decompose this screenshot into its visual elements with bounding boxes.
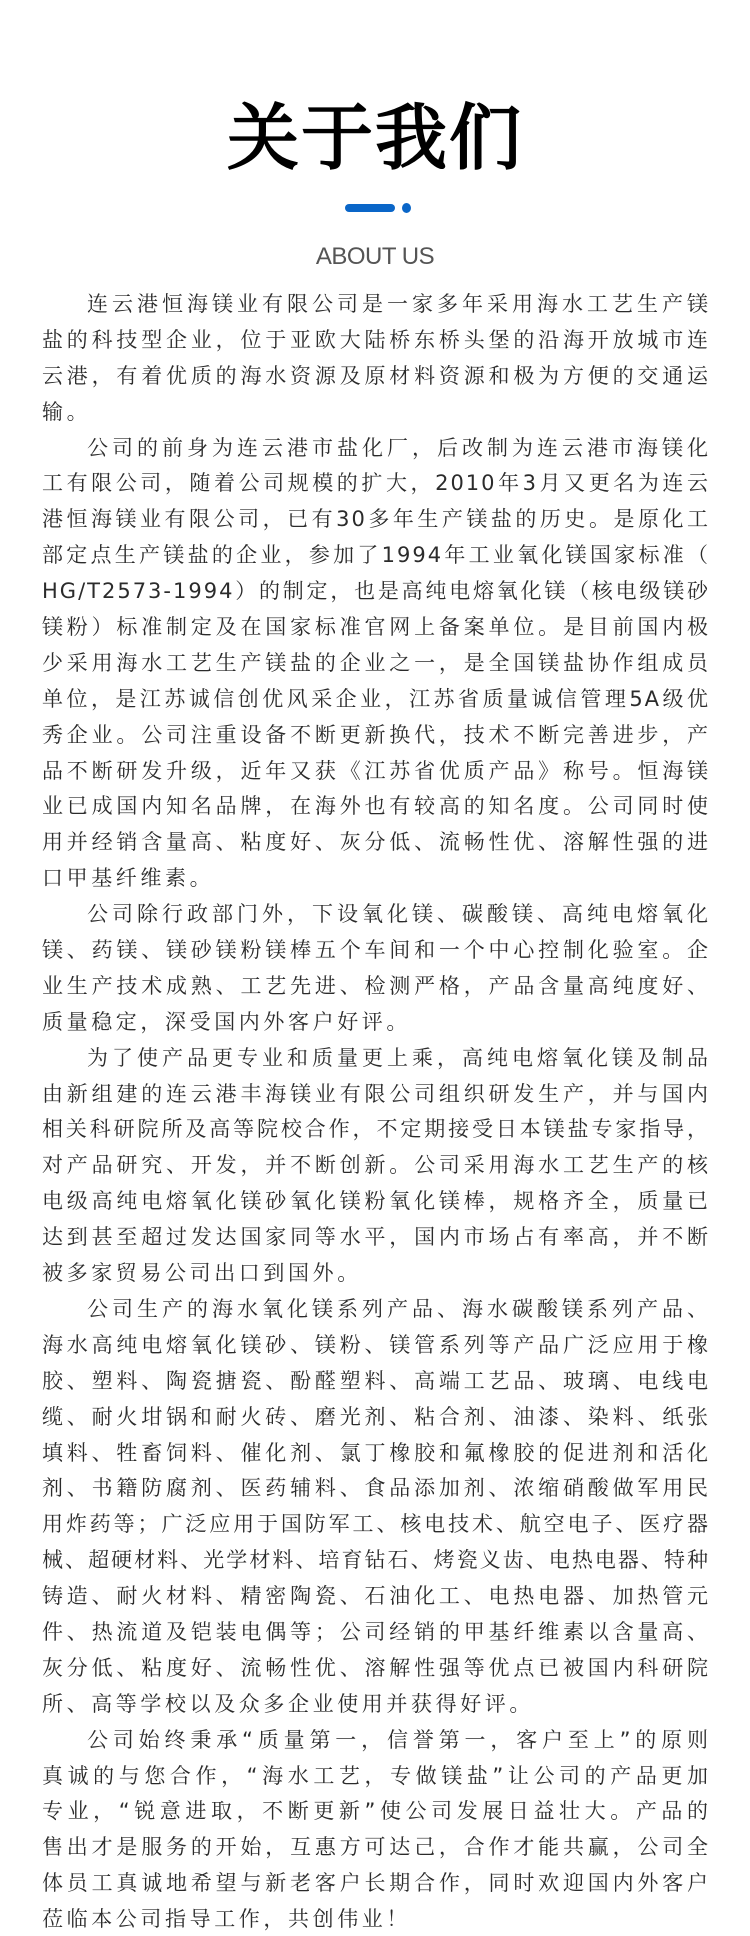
title-divider-dot xyxy=(402,203,411,213)
paragraph-line: 所、高等学校以及众多企业使用并获得好评。 xyxy=(42,1687,710,1723)
paragraph-line: 输。 xyxy=(42,395,710,431)
paragraph: 为了使产品更专业和质量更上乘，高纯电熔氧化镁及制品由新组建的连云港丰海镁业有限公… xyxy=(42,1041,710,1292)
paragraph-line: 胶、塑料、陶瓷搪瓷、酚醛塑料、高端工艺品、玻璃、电线电 xyxy=(42,1364,710,1400)
paragraph: 连云港恒海镁业有限公司是一家多年采用海水工艺生产镁盐的科技型企业，位于亚欧大陆桥… xyxy=(42,287,710,431)
paragraph-line: 工有限公司，随着公司规模的扩大，2010年3月又更名为连云 xyxy=(42,466,710,502)
paragraph-line: 灰分低、粘度好、流畅性优、溶解性强等优点已被国内科研院 xyxy=(42,1651,710,1687)
paragraph-line: 质量稳定，深受国内外客户好评。 xyxy=(42,1005,710,1041)
paragraph-line: 云港，有着优质的海水资源及原材料资源和极为方便的交通运 xyxy=(42,359,710,395)
paragraph-line: 港恒海镁业有限公司，已有30多年生产镁盐的历史。是原化工 xyxy=(42,502,710,538)
paragraph-line: 公司始终秉承“质量第一，信誉第一，客户至上”的原则 xyxy=(42,1723,710,1759)
paragraph-line: 业已成国内知名品牌，在海外也有较高的知名度。公司同时使 xyxy=(42,789,710,825)
paragraph: 公司始终秉承“质量第一，信誉第一，客户至上”的原则真诚的与您合作，“海水工艺，专… xyxy=(42,1723,710,1936)
paragraph-line: 单位，是江苏诚信创优风采企业，江苏省质量诚信管理5A级优 xyxy=(42,682,710,718)
paragraph-line: 秀企业。公司注重设备不断更新换代，技术不断完善进步，产 xyxy=(42,718,710,754)
paragraph-line: 镁、药镁、镁砂镁粉镁棒五个车间和一个中心控制化验室。企 xyxy=(42,933,710,969)
paragraph-line: 对产品研究、开发，并不断创新。公司采用海水工艺生产的核 xyxy=(42,1148,710,1184)
paragraph-line: 用并经销含量高、粘度好、灰分低、流畅性优、溶解性强的进 xyxy=(42,825,710,861)
paragraph-line: 部定点生产镁盐的企业，参加了1994年工业氧化镁国家标准（ xyxy=(42,538,710,574)
paragraph-line: 盐的科技型企业，位于亚欧大陆桥东桥头堡的沿海开放城市连 xyxy=(42,323,710,359)
paragraph-line: 真诚的与您合作，“海水工艺，专做镁盐”让公司的产品更加 xyxy=(42,1759,710,1795)
paragraph-line: 少采用海水工艺生产镁盐的企业之一，是全国镁盐协作组成员 xyxy=(42,646,710,682)
paragraph-line: 达到甚至超过发达国家同等水平，国内市场占有率高，并不断 xyxy=(42,1220,710,1256)
page-header: 关于我们 ABOUT US xyxy=(0,0,750,280)
paragraph-line: 械、超硬材料、光学材料、培育钻石、烤瓷义齿、电热电器、特种 xyxy=(42,1543,710,1579)
page-subtitle: ABOUT US xyxy=(0,241,750,273)
paragraph-line: 镁粉）标准制定及在国家标准官网上备案单位。是目前国内极 xyxy=(42,610,710,646)
paragraph-line: 由新组建的连云港丰海镁业有限公司组织研发生产，并与国内 xyxy=(42,1077,710,1113)
paragraph-line: 铸造、耐火材料、精密陶瓷、石油化工、电热电器、加热管元 xyxy=(42,1579,710,1615)
paragraph: 公司生产的海水氧化镁系列产品、海水碳酸镁系列产品、海水高纯电熔氧化镁砂、镁粉、镁… xyxy=(42,1292,710,1723)
paragraph-line: 专业，“锐意进取，不断更新”使公司发展日益壮大。产品的 xyxy=(42,1794,710,1830)
about-content: 连云港恒海镁业有限公司是一家多年采用海水工艺生产镁盐的科技型企业，位于亚欧大陆桥… xyxy=(42,287,710,1936)
paragraph: 公司除行政部门外，下设氧化镁、碳酸镁、高纯电熔氧化镁、药镁、镁砂镁粉镁棒五个车间… xyxy=(42,897,710,1041)
paragraph-line: 缆、耐火坩锅和耐火砖、磨光剂、粘合剂、油漆、染料、纸张 xyxy=(42,1400,710,1436)
paragraph: 公司的前身为连云港市盐化厂，后改制为连云港市海镁化工有限公司，随着公司规模的扩大… xyxy=(42,431,710,898)
paragraph-line: 电级高纯电熔氧化镁砂氧化镁粉氧化镁棒，规格齐全，质量已 xyxy=(42,1184,710,1220)
paragraph-line: 品不断研发升级，近年又获《江苏省优质产品》称号。恒海镁 xyxy=(42,754,710,790)
title-divider-bar xyxy=(345,204,395,212)
paragraph-line: 相关科研院所及高等院校合作，不定期接受日本镁盐专家指导， xyxy=(42,1112,710,1148)
paragraph-line: 售出才是服务的开始，互惠方可达己，合作才能共赢，公司全 xyxy=(42,1830,710,1866)
paragraph-line: HG/T2573-1994）的制定，也是高纯电熔氧化镁（核电级镁砂 xyxy=(42,574,710,610)
paragraph-line: 口甲基纤维素。 xyxy=(42,861,710,897)
paragraph-line: 海水高纯电熔氧化镁砂、镁粉、镁管系列等产品广泛应用于橡 xyxy=(42,1328,710,1364)
paragraph-line: 公司的前身为连云港市盐化厂，后改制为连云港市海镁化 xyxy=(42,431,710,467)
page-title: 关于我们 xyxy=(0,96,750,180)
paragraph-line: 公司生产的海水氧化镁系列产品、海水碳酸镁系列产品、 xyxy=(42,1292,710,1328)
paragraph-line: 用炸药等；广泛应用于国防军工、核电技术、航空电子、医疗器 xyxy=(42,1507,710,1543)
paragraph-line: 填料、牲畜饲料、催化剂、氯丁橡胶和氟橡胶的促进剂和活化 xyxy=(42,1436,710,1472)
paragraph-line: 体员工真诚地希望与新老客户长期合作，同时欢迎国内外客户 xyxy=(42,1866,710,1902)
paragraph-line: 连云港恒海镁业有限公司是一家多年采用海水工艺生产镁 xyxy=(42,287,710,323)
paragraph-line: 被多家贸易公司出口到国外。 xyxy=(42,1256,710,1292)
paragraph-line: 业生产技术成熟、工艺先进、检测严格，产品含量高纯度好、 xyxy=(42,969,710,1005)
paragraph-line: 公司除行政部门外，下设氧化镁、碳酸镁、高纯电熔氧化 xyxy=(42,897,710,933)
paragraph-line: 为了使产品更专业和质量更上乘，高纯电熔氧化镁及制品 xyxy=(42,1041,710,1077)
paragraph-line: 莅临本公司指导工作，共创伟业！ xyxy=(42,1902,710,1936)
paragraph-line: 件、热流道及铠装电偶等；公司经销的甲基纤维素以含量高、 xyxy=(42,1615,710,1651)
paragraph-line: 剂、书籍防腐剂、医药辅料、食品添加剂、浓缩硝酸做军用民 xyxy=(42,1471,710,1507)
